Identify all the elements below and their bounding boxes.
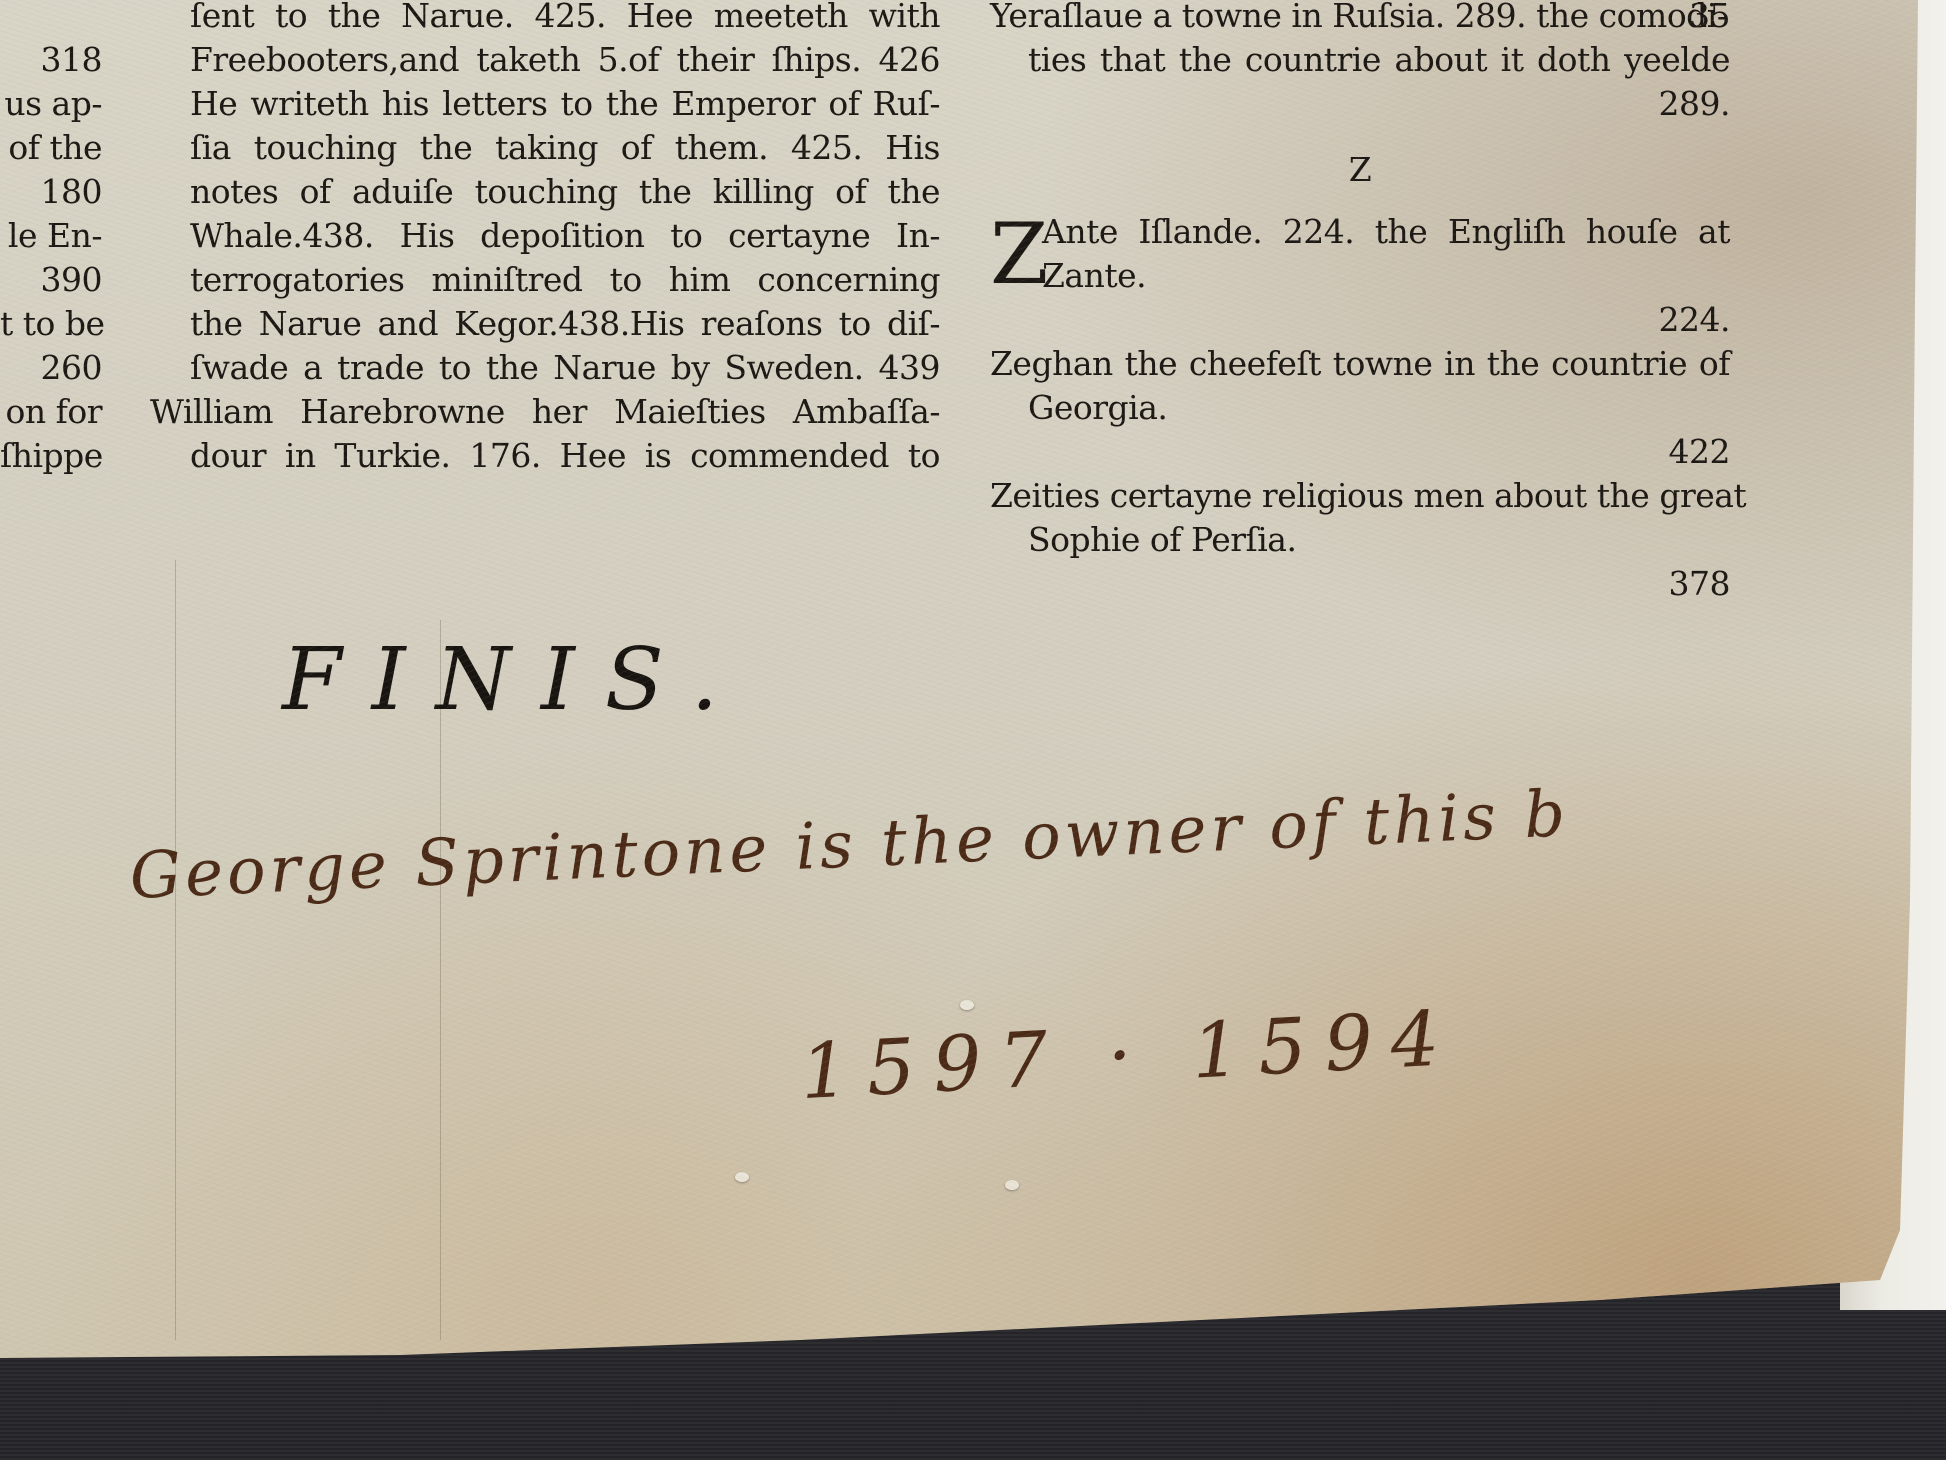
text-line: le En- bbox=[0, 214, 102, 258]
handwritten-dates: 1597 · 1594 bbox=[798, 993, 1459, 1116]
text-line: ties that the countrie about it doth yee… bbox=[990, 38, 1730, 82]
colophon-finis: FINIS. bbox=[282, 630, 748, 730]
index-entry-zante: Z Ante Iſlande. 224. the Engliſh houſe a… bbox=[990, 210, 1730, 298]
text-line: notes of aduiſe touching the killing of … bbox=[150, 170, 940, 214]
margin-rule bbox=[175, 560, 176, 1340]
text-line: He writeth his letters to the Emperor of… bbox=[150, 82, 940, 126]
text-line: t to be bbox=[0, 302, 102, 346]
index-entry-zeghan: Zeghan the cheefeſt towne in the countri… bbox=[990, 342, 1730, 386]
letter-heading-z: Z bbox=[990, 148, 1730, 192]
text-line: Freebooters,and taketh 5.of their ſhips.… bbox=[150, 38, 940, 82]
text-line: 390 bbox=[0, 258, 102, 302]
text-line: Sophie of Perſia. bbox=[990, 518, 1730, 562]
page-ref: 224. bbox=[990, 298, 1730, 342]
text-line: terrogatories miniſtred to him concernin… bbox=[150, 258, 940, 302]
book-page: 318 us ap- of the 180 le En- 390 t to be… bbox=[0, 0, 1920, 1380]
page-ref: 422 bbox=[990, 430, 1730, 474]
text-line: 180 bbox=[0, 170, 102, 214]
index-entry-zeities: Zeities certayne religious men about the… bbox=[990, 474, 1730, 518]
text-line: ſia touching the taking of them. 425. Hi… bbox=[150, 126, 940, 170]
text-line: ſhippe bbox=[0, 434, 102, 478]
index-entry-harebrowne: William Harebrowne her Maieſties Ambaſſa… bbox=[150, 390, 940, 434]
text-line: Zante. bbox=[1042, 254, 1730, 298]
text-line: 260 bbox=[0, 346, 102, 390]
text-line: ſwade a trade to the Narue by Sweden. 43… bbox=[150, 346, 940, 390]
handwritten-ownership-inscription: George Sprintone is the owner of this b bbox=[128, 777, 1570, 914]
drop-cap: Z bbox=[990, 214, 1048, 294]
text-line: dour in Turkie. 176. Hee is commended to bbox=[150, 434, 940, 478]
paper-blemish bbox=[960, 1000, 974, 1010]
page-ref: 289. bbox=[990, 82, 1730, 126]
text-line: Georgia. bbox=[990, 386, 1730, 430]
text-line: on for bbox=[0, 390, 102, 434]
index-entry-yeraslaue: Yeraſlaue a towne in Ruſsia. 289. the co… bbox=[990, 0, 1730, 38]
left-column-fragment: 318 us ap- of the 180 le En- 390 t to be… bbox=[0, 38, 102, 478]
text-line: of the bbox=[0, 126, 102, 170]
text-line: ſent to the Narue. 425. Hee meeteth with bbox=[150, 0, 940, 38]
paper-blemish bbox=[1005, 1180, 1019, 1190]
middle-column: ſent to the Narue. 425. Hee meeteth with… bbox=[150, 0, 940, 478]
right-column: 35 Yeraſlaue a towne in Ruſsia. 289. the… bbox=[990, 0, 1730, 606]
page-ref: 378 bbox=[990, 562, 1730, 606]
text-line: the Narue and Kegor.438.His reaſons to d… bbox=[150, 302, 940, 346]
text-line: 318 bbox=[0, 38, 102, 82]
text-line: us ap- bbox=[0, 82, 102, 126]
text-line: Whale.438. His depoſition to certayne In… bbox=[150, 214, 940, 258]
paper-blemish bbox=[735, 1172, 749, 1182]
text-line: Ante Iſlande. 224. the Engliſh houſe at bbox=[1042, 210, 1730, 254]
